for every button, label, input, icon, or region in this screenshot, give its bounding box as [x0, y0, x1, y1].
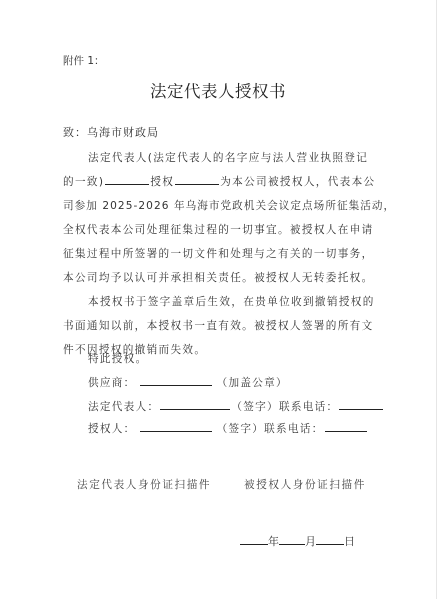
supplier-blank[interactable] — [140, 375, 212, 386]
paragraph2-line2: 书面通知以前，本授权书一直有效。被授权人签署的所有文 — [63, 318, 374, 333]
supplier-row: 供应商：（加盖公章） — [88, 375, 288, 390]
year-blank[interactable] — [240, 534, 268, 545]
authorized-phone-blank[interactable] — [325, 421, 367, 432]
authorized-row: 授权人：（签字）联系电话： — [88, 421, 368, 436]
paragraph1-line2-a: 的一致) — [63, 176, 104, 188]
paragraph1-line1: 法定代表人(法定代表人的名字应与法人营业执照登记 — [88, 150, 368, 165]
paragraph1-line2: 的一致)授权为本公司被授权人，代表本公 — [63, 174, 376, 189]
legal-rep-label: 法定代表人： — [88, 401, 159, 413]
legal-rep-name-blank[interactable] — [105, 174, 149, 185]
paragraph1-line6: 本公司均予以认可并承担相关责任。被授权人无转委托权。 — [63, 270, 374, 285]
legal-rep-signature-blank[interactable] — [160, 399, 230, 410]
paragraph1-line3: 司参加 2025-2026 年乌海市党政机关会议定点场所征集活动， — [63, 198, 395, 213]
paragraph1-line2-b: 授权 — [150, 176, 174, 188]
legal-rep-phone-blank[interactable] — [339, 399, 383, 410]
document-page: 附件 1： 法定代表人授权书 致：乌海市财政局 法定代表人(法定代表人的名字应与… — [0, 0, 437, 599]
paragraph1-line5: 征集过程中所签署的一切文件和处理与之有关的一切事务， — [63, 246, 374, 261]
authorized-note: （签字）联系电话： — [217, 423, 324, 435]
authorized-signature-blank[interactable] — [140, 421, 212, 432]
authorized-name-blank[interactable] — [175, 174, 219, 185]
paragraph1-line2-c: 为本公司被授权人，代表本公 — [220, 176, 375, 188]
legal-rep-id-scan-label: 法定代表人身份证扫描件 — [77, 477, 211, 492]
supplier-note: （加盖公章） — [217, 377, 288, 389]
paragraph1-line4: 全权代表本公司处理征集过程的一切事宜。被授权人在申请 — [63, 222, 374, 237]
closing-statement: 特此授权。 — [88, 351, 147, 366]
supplier-label: 供应商： — [88, 377, 136, 389]
addressee: 致：乌海市财政局 — [63, 124, 159, 140]
authorized-id-scan-label: 被授权人身份证扫描件 — [244, 477, 366, 492]
attachment-label: 附件 1： — [63, 53, 105, 68]
day-label: 日 — [344, 535, 355, 548]
paragraph2-line1: 本授权书于签字盖章后生效，在贵单位收到撤销授权的 — [88, 294, 375, 309]
day-blank[interactable] — [316, 534, 344, 545]
document-title: 法定代表人授权书 — [0, 78, 436, 102]
legal-rep-row: 法定代表人：（签字）联系电话： — [88, 399, 384, 414]
month-label: 月 — [305, 535, 316, 548]
month-blank[interactable] — [279, 534, 305, 545]
authorized-label: 授权人： — [88, 423, 136, 435]
year-label: 年 — [268, 535, 279, 548]
legal-rep-note: （签字）联系电话： — [231, 401, 338, 413]
date-row: 年月日 — [240, 533, 355, 549]
